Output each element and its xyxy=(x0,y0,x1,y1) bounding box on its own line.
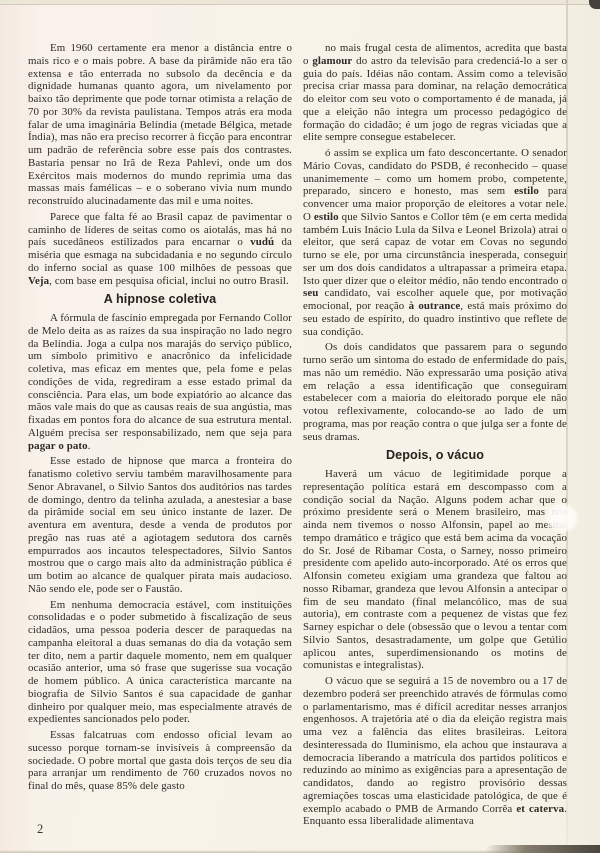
paragraph: A fórmula de fascínio empregada por Fern… xyxy=(28,312,292,452)
paragraph: Essas falcatruas com endosso oficial lev… xyxy=(28,729,292,793)
paragraph: O vácuo que se seguirá a 15 de novembro … xyxy=(303,675,567,828)
article-body: Em 1960 certamente era menor a distância… xyxy=(28,42,568,831)
page-right-margin xyxy=(568,0,600,853)
paragraph: ó assim se explica um fato desconcertant… xyxy=(303,147,567,338)
section-heading-vacuo: Depois, o vácuo xyxy=(303,449,567,462)
paragraph: Parece que falta fé ao Brasil capaz de p… xyxy=(28,211,292,288)
paragraph: Haverá um vácuo de legitimidade porque a… xyxy=(303,468,567,672)
scan-artifact-bottom-smudge xyxy=(485,845,600,853)
right-column: no mais frugal cesta de alimentos, acred… xyxy=(303,42,567,831)
paragraph: Em 1960 certamente era menor a distância… xyxy=(28,42,292,208)
section-heading-hipnose: A hipnose coletiva xyxy=(28,293,292,306)
page-top-edge xyxy=(0,0,600,5)
scan-artifact-white-blob xyxy=(545,503,579,533)
paragraph: no mais frugal cesta de alimentos, acred… xyxy=(303,42,567,144)
paragraph: Em nenhuma democracia estável, com insti… xyxy=(28,599,292,727)
paragraph: Os dois candidatos que passarem para o s… xyxy=(303,341,567,443)
paragraph: Esse estado de hipnose que marca a front… xyxy=(28,455,292,595)
left-column: Em 1960 certamente era menor a distância… xyxy=(28,42,292,831)
page-number: 2 xyxy=(37,822,43,837)
